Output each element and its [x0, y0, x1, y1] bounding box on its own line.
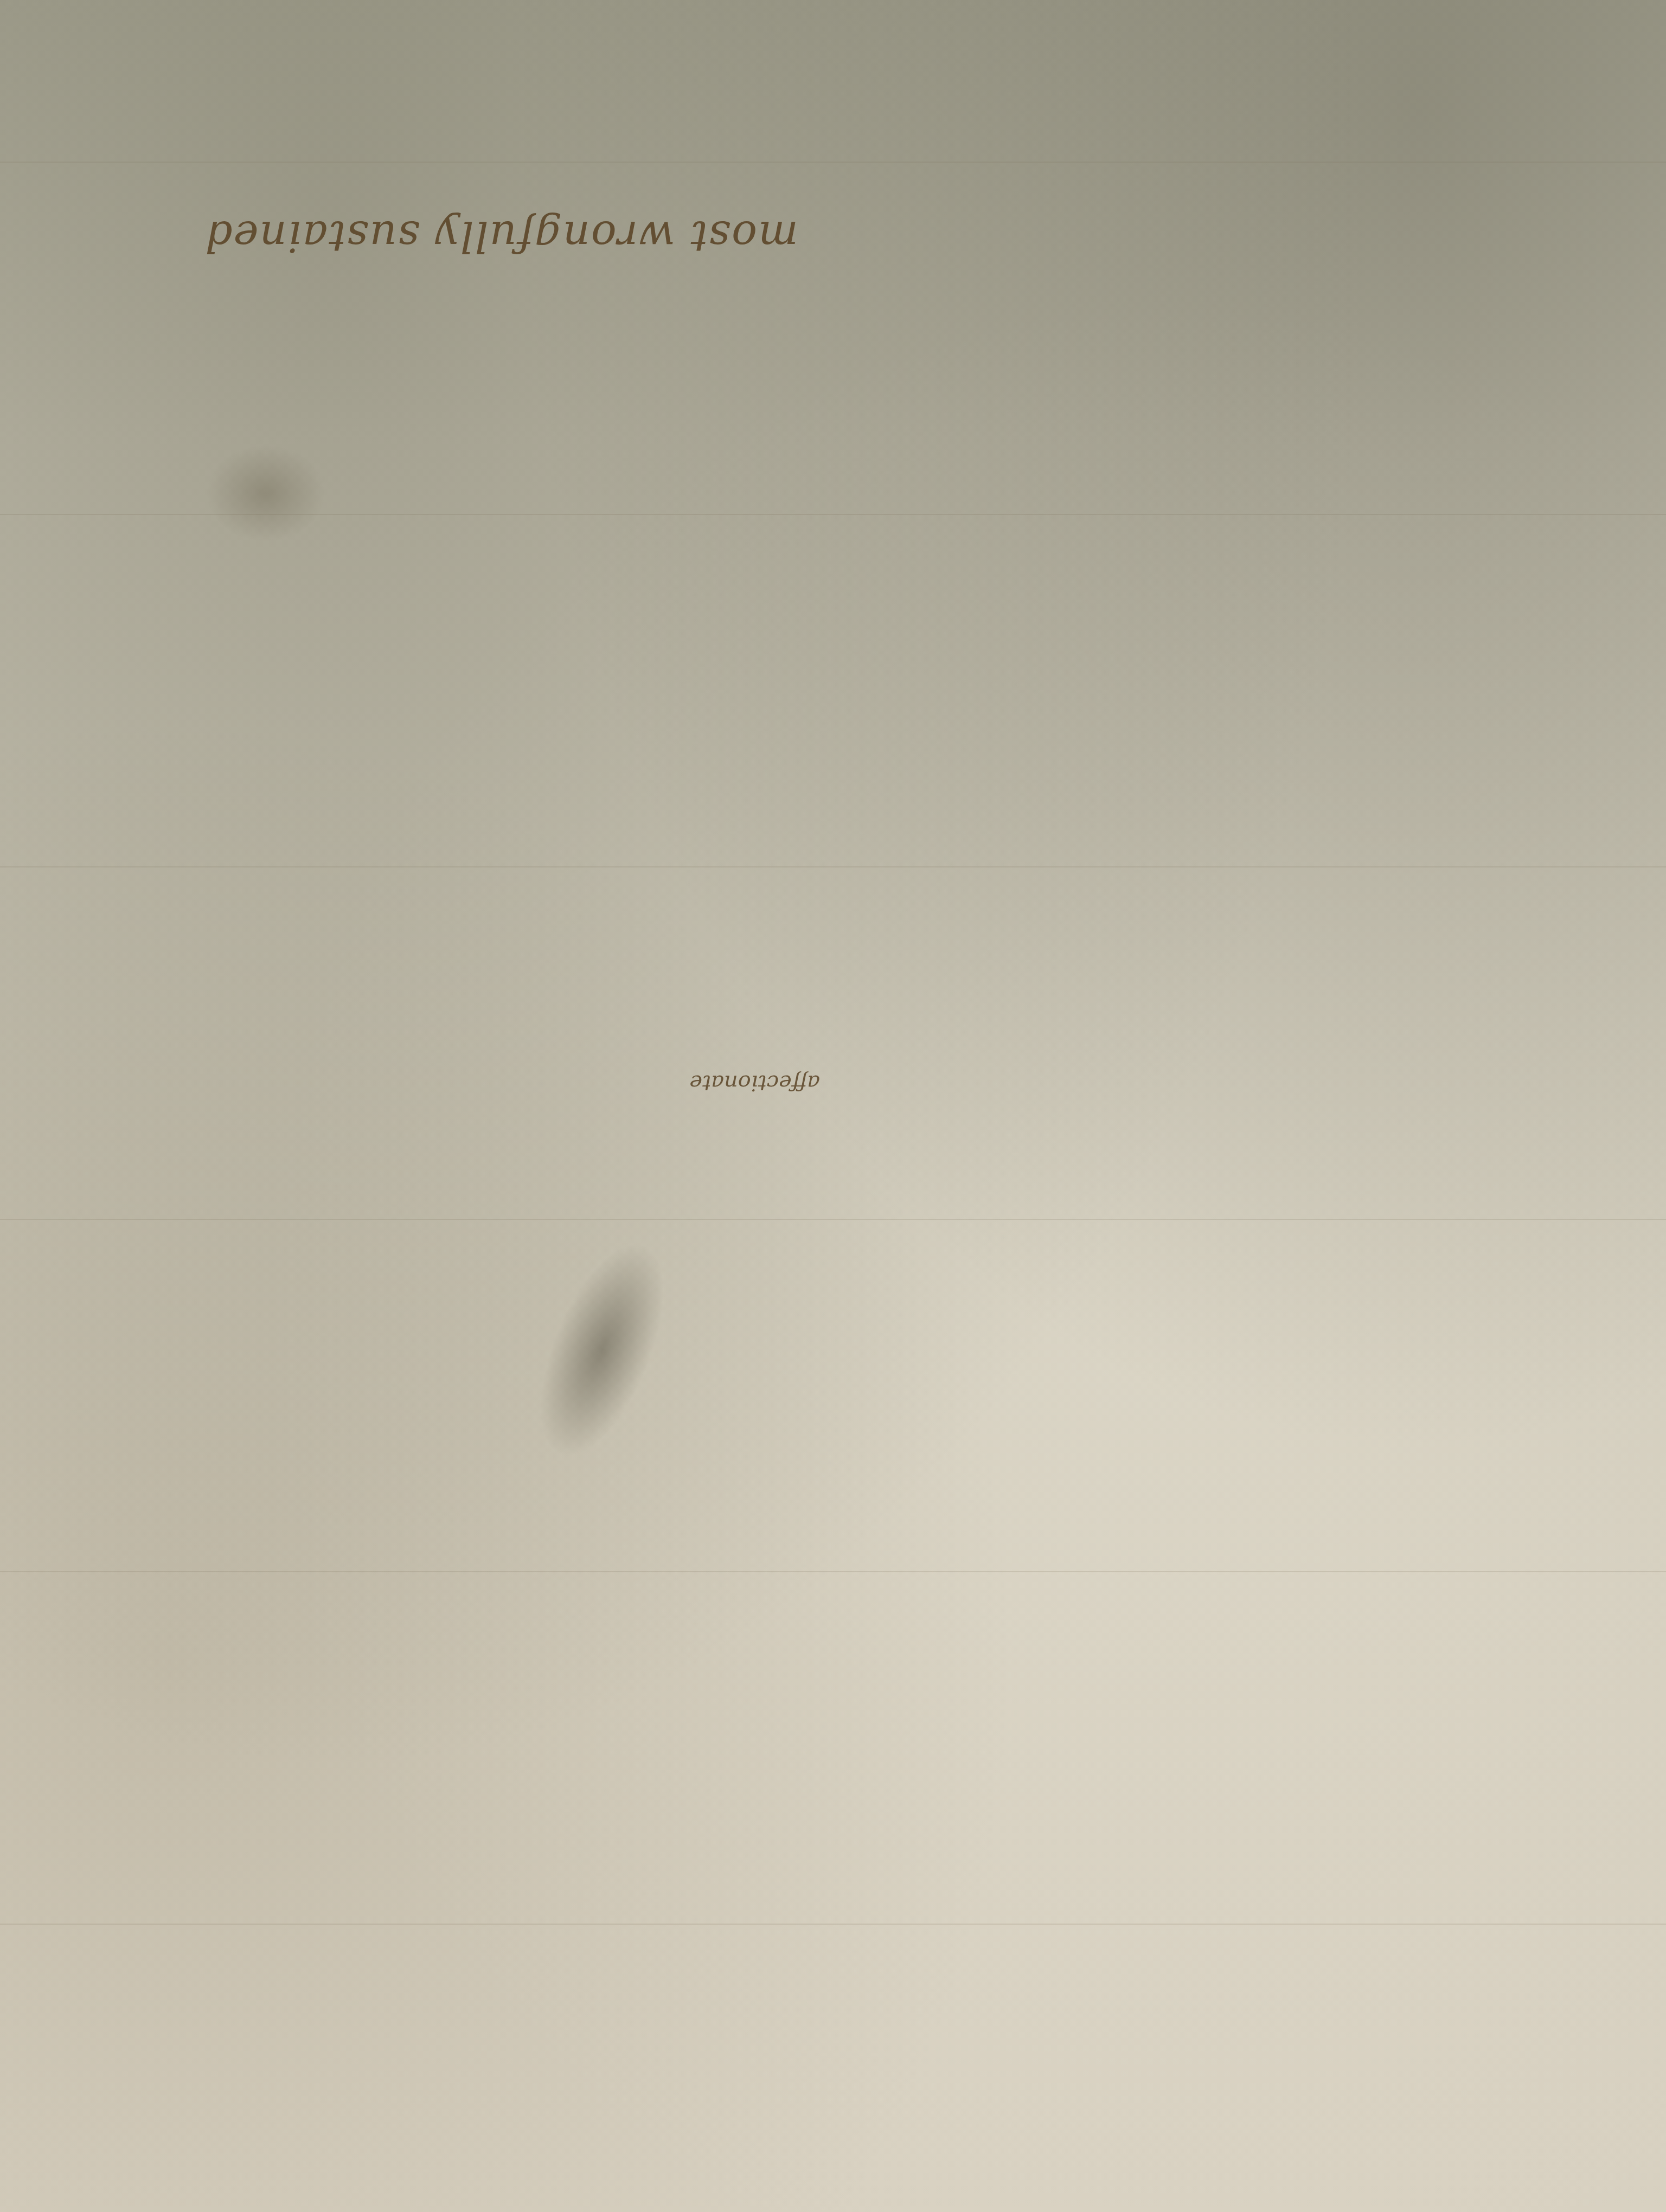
manuscript-line: … — [0, 981, 1666, 1030]
manuscript-line: … — [0, 905, 1666, 954]
manuscript-line: … — [0, 1664, 1666, 1713]
manuscript-line: … — [0, 1285, 1666, 1334]
manuscript-line: … — [0, 1437, 1666, 1486]
manuscript-line: … — [0, 2044, 1666, 2093]
manuscript-line: … — [0, 526, 1666, 575]
manuscript-line: … — [0, 1892, 1666, 1941]
manuscript-line: … — [0, 754, 1666, 802]
manuscript-line: … — [0, 1968, 1666, 2017]
parchment-page: most wrongfully sustained … … … … … … … … — [0, 0, 1666, 2212]
ruling-line — [0, 514, 1666, 515]
ruling-line — [0, 1571, 1666, 1572]
manuscript-line: … — [0, 1589, 1666, 1637]
manuscript-line: … — [0, 1816, 1666, 1865]
manuscript-line: … — [0, 678, 1666, 726]
manuscript-line: … — [0, 1513, 1666, 1561]
manuscript-line: … — [0, 1057, 1666, 1106]
interlinear-annotation: affectionate — [689, 1070, 820, 1095]
ruling-line — [0, 162, 1666, 163]
manuscript-line: … — [0, 1133, 1666, 1182]
manuscript-line: … — [0, 1209, 1666, 1258]
manuscript-text-block: most wrongfully sustained … … … … … … … … — [0, 0, 1666, 2212]
manuscript-line: … — [0, 602, 1666, 651]
manuscript-line: … — [0, 450, 1666, 499]
manuscript-line: … — [0, 298, 1666, 347]
manuscript-line: … — [0, 829, 1666, 878]
manuscript-line: most wrongfully sustained — [0, 211, 798, 260]
manuscript-line: … — [0, 1740, 1666, 1789]
manuscript-line: … — [0, 374, 1666, 423]
manuscript-line: … — [0, 1361, 1666, 1410]
